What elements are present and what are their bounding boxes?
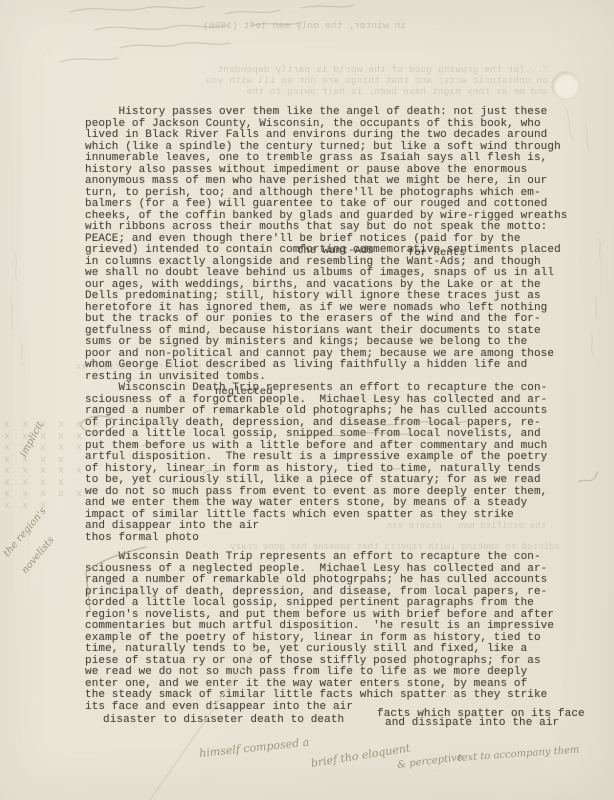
footer-typed-line-left: disaster to disaseter death to death bbox=[103, 715, 344, 727]
scanned-typescript-page: in winter, the only man left (1890) "...… bbox=[0, 0, 614, 800]
pencil-bottom-note-part: text to accompany them bbox=[457, 745, 580, 764]
interlinear-insert-neglected: neglected bbox=[215, 387, 273, 399]
typescript-paragraph-3: Wisconsin Death Trip represents an effor… bbox=[85, 552, 554, 713]
hole-punch bbox=[552, 72, 579, 99]
interlinear-insert-for-rents: for Rents bbox=[408, 248, 466, 260]
bleedthrough-epigraph: "...for the growing good of the world is… bbox=[212, 64, 548, 97]
pencil-bottom-note-part: brief tho eloquent bbox=[310, 741, 411, 770]
pencil-bottom-note-part: himself composed a bbox=[199, 736, 310, 760]
mirrored-margin-scribbles-right bbox=[565, 108, 602, 356]
mirrored-margin-scribbles-left bbox=[10, 252, 24, 366]
interlinear-insert-want-ads: the want-Ads bbox=[297, 246, 374, 258]
footer-typed-line-right-2: and dissipate into the air bbox=[385, 718, 559, 730]
mirrored-handwriting-scribbles bbox=[60, 5, 354, 62]
typescript-paragraph-2: Wisconscin Death Trip represents an effo… bbox=[85, 383, 547, 544]
bleedthrough-caption-line: in winter, the only man left (1890) bbox=[178, 20, 406, 31]
